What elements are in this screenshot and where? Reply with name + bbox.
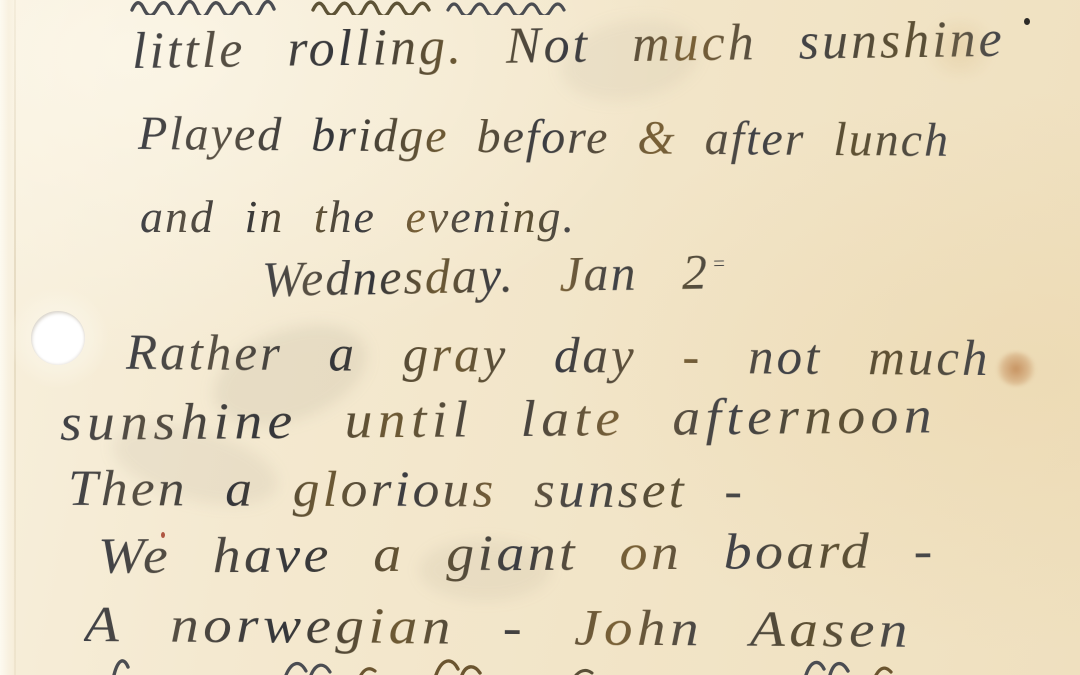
handwriting-line: little rolling. Not much sunshine <box>132 10 1005 81</box>
handwriting-line: We have a giant on board - <box>98 522 936 586</box>
diary-page: little rolling. Not much sunshine Played… <box>0 0 1080 675</box>
rust-stain <box>996 352 1036 386</box>
date-ordinal-mark: = <box>712 251 728 275</box>
handwriting-line: Rather a gray day - not much <box>126 324 991 388</box>
handwriting-line: A norwegian - John Aasen <box>84 596 912 660</box>
ink-dot <box>1024 18 1030 25</box>
handwriting-line: Then a glorious sunset - <box>68 460 745 520</box>
handwriting-line: and in the evening. <box>140 190 576 243</box>
handwriting-line: sunshine until late afternoon <box>60 386 937 453</box>
faint-stain <box>920 18 1000 78</box>
date-heading-text: Wednesday. Jan 2 <box>262 243 710 307</box>
cutoff-line-bottom <box>106 655 1006 675</box>
handwriting-line: Played bridge before & after lunch <box>138 106 951 168</box>
handwriting-line-date-heading: Wednesday. Jan 2= <box>261 242 727 308</box>
red-ink-speck <box>161 532 165 538</box>
cutoff-line-top <box>128 0 598 15</box>
hole-punch <box>31 311 85 365</box>
